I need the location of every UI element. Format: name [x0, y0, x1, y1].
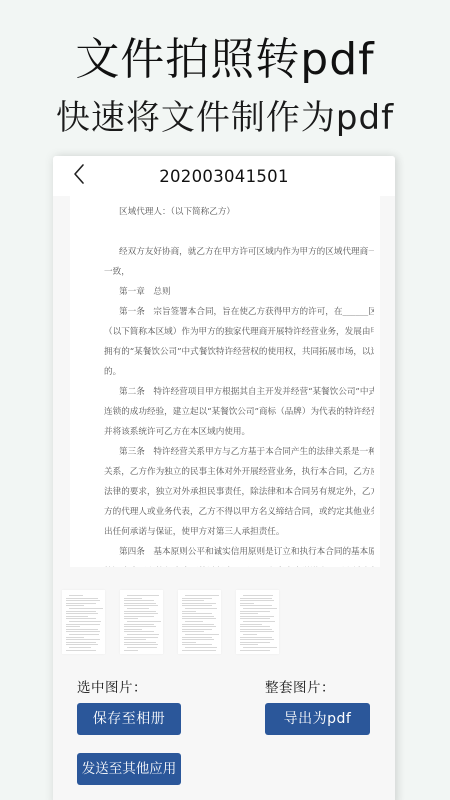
thumbnail-text-line: [124, 629, 142, 630]
thumbnail-text-line: [124, 618, 138, 619]
thumbnail-text-line: [182, 650, 216, 651]
document-line: 法律的要求，独立对外承担民事责任，除法律和本合同另有规定外，乙方不是甲: [104, 482, 374, 502]
thumbnail-text-line: [66, 626, 80, 627]
thumbnail-text-line: [66, 611, 96, 612]
document-line: 区域代理人：（以下简称乙方）: [104, 202, 374, 222]
thumbnail-text-line: [66, 642, 96, 643]
thumbnail-text-line: [240, 639, 274, 640]
thumbnail-text-line: [182, 603, 216, 604]
thumbnail-text-line: [124, 624, 154, 625]
thumbnail-text-line: [124, 631, 154, 632]
thumbnail-text-line: [69, 595, 83, 596]
thumbnail-text-line: [124, 639, 146, 640]
document-line: 签订本合同和执行本合同的过程中，甲乙双方应当自觉遵守公平和诚实信用原则，: [104, 562, 374, 567]
thumbnail-text-line: [66, 603, 96, 604]
thumbnail-text-line: [185, 634, 219, 635]
document-line: 一致，: [104, 262, 374, 282]
thumbnail-text-line: [127, 608, 149, 609]
thumbnail-text-line: [240, 605, 272, 606]
thumbnail-text-line: [240, 650, 270, 651]
thumbnail-text-line: [66, 629, 98, 630]
chevron-left-icon: [72, 163, 86, 189]
thumbnail-text-line: [182, 600, 204, 601]
thumbnail-text-line: [124, 637, 158, 638]
thumbnail-text-line: [69, 634, 99, 635]
thumbnail-text-line: [240, 618, 270, 619]
thumbnail-text-line: [240, 637, 272, 638]
thumbnail-text-line: [185, 647, 217, 648]
thumbnail-text-line: [66, 613, 98, 614]
thumbnail-text-line: [240, 626, 270, 627]
thumbnail-text-line: [185, 621, 203, 622]
thumbnail-text-line: [127, 621, 161, 622]
app-header: 202003041501: [53, 156, 395, 196]
selected-images-label: 选中图片：: [77, 676, 147, 696]
thumbnail-text-line: [243, 595, 273, 596]
thumbnail-text-line: [240, 603, 254, 604]
send-to-other-app-button[interactable]: 发送至其他应用: [77, 753, 181, 785]
document-line: 的。: [104, 362, 374, 382]
thumbnail-text-line: [240, 624, 262, 625]
thumbnail-text-line: [182, 613, 212, 614]
thumbnail-text-line: [182, 642, 196, 643]
document-line: [104, 222, 374, 242]
thumbnail-text-line: [240, 598, 272, 599]
thumbnail-text-line: [182, 616, 214, 617]
save-to-album-button[interactable]: 保存至相册: [77, 703, 181, 735]
document-line: 第三条 特许经营关系甲方与乙方基于本合同产生的法律关系是一种合作: [104, 442, 374, 462]
thumbnail-text-line: [182, 629, 212, 630]
thumbnail-text-line: [240, 644, 258, 645]
thumbnail-text-line: [66, 631, 100, 632]
thumbnail-text-line: [66, 624, 100, 625]
thumbnail-text-line: [69, 647, 91, 648]
document-line: 拥有的“某餐饮公司”中式餐饮特许经营权的使用权，共同拓展市场，以达双赢目: [104, 342, 374, 362]
document-line: 第二条 特许经营项目甲方根据其自主开发并经营“某餐饮公司”中式餐饮: [104, 382, 374, 402]
document-line: 并将该系统许可乙方在本区域内使用。: [104, 422, 374, 442]
thumbnail-text-line: [124, 644, 158, 645]
thumbnail-text-line: [66, 644, 98, 645]
thumbnail-text-line: [124, 611, 156, 612]
phone-screen: 202003041501 区域代理人：（以下简称乙方）经双方友好协商，就乙方在甲…: [53, 156, 395, 800]
thumbnail-text-line: [66, 637, 84, 638]
thumbnail-text-line: [66, 605, 84, 606]
document-line: 第一章 总则: [104, 282, 374, 302]
document-line: 方的代理人或业务代表，乙方不得以甲方名义缔结合同，或约定其他业务，或作: [104, 502, 374, 522]
thumbnail-text-line: [243, 634, 257, 635]
document-line: 第四条 基本原则公平和诚实信用原则是订立和执行本合同的基本原则，在: [104, 542, 374, 562]
document-line: 第一条 宗旨签署本合同，旨在使乙方获得甲方的许可，在______区域内: [104, 302, 374, 322]
document-line: 经双方友好协商，就乙方在甲方许可区域内作为甲方的区域代理商一事达成: [104, 242, 374, 262]
thumbnail-text-line: [127, 634, 159, 635]
thumbnail-text-line: [182, 624, 214, 625]
thumbnail-text-line: [240, 611, 270, 612]
thumbnail-text-line: [185, 608, 217, 609]
thumbnail-text-line: [182, 637, 212, 638]
document-text: 区域代理人：（以下简称乙方）经双方友好协商，就乙方在甲方许可区域内作为甲方的区域…: [104, 202, 374, 567]
thumbnail-page-1[interactable]: [62, 590, 105, 654]
thumbnail-text-line: [66, 598, 98, 599]
thumbnail-text-line: [240, 600, 274, 601]
thumbnail-page-2[interactable]: [120, 590, 163, 654]
thumbnail-text-line: [182, 639, 214, 640]
thumbnail-text-line: [182, 631, 204, 632]
promo-title: 文件拍照转pdf: [0, 32, 450, 88]
document-title: 202003041501: [53, 156, 395, 196]
thumbnail-text-line: [66, 650, 96, 651]
thumbnail-text-line: [124, 613, 158, 614]
all-images-label: 整套图片：: [265, 676, 335, 696]
thumbnail-text-line: [66, 639, 100, 640]
thumbnail-text-line: [240, 631, 274, 632]
thumbnail-text-line: [69, 621, 101, 622]
thumbnail-text-line: [240, 616, 274, 617]
thumbnail-text-line: [243, 608, 277, 609]
thumbnail-text-line: [240, 613, 258, 614]
thumbnail-text-line: [182, 598, 212, 599]
document-line: 出任何承诺与保证，使甲方对第三人承担责任。: [104, 522, 374, 542]
thumbnail-page-3[interactable]: [178, 590, 221, 654]
thumbnail-text-line: [243, 647, 277, 648]
thumbnail-text-line: [182, 626, 216, 627]
document-page-preview[interactable]: 区域代理人：（以下简称乙方）经双方友好协商，就乙方在甲方许可区域内作为甲方的区域…: [70, 196, 380, 567]
document-line: 关系，乙方作为独立的民事主体对外开展经营业务，执行本合同，乙方应当遵守: [104, 462, 374, 482]
document-line: 连锁的成功经验，建立起以“某餐饮公司”商标（品牌）为代表的特许经营系统，: [104, 402, 374, 422]
back-button[interactable]: [65, 162, 93, 190]
thumbnail-text-line: [124, 605, 158, 606]
thumbnail-text-line: [182, 644, 212, 645]
thumbnail-text-line: [66, 616, 88, 617]
thumbnail-text-line: [124, 650, 138, 651]
thumbnail-text-line: [127, 647, 157, 648]
thumbnail-text-line: [66, 618, 96, 619]
thumbnail-text-line: [124, 616, 154, 617]
thumbnail-text-line: [182, 611, 196, 612]
thumbnail-text-line: [182, 605, 212, 606]
thumbnail-text-line: [185, 595, 219, 596]
thumbnail-text-line: [124, 642, 156, 643]
thumbnail-text-line: [124, 598, 142, 599]
thumbnail-page-4[interactable]: [236, 590, 279, 654]
thumbnail-text-line: [124, 626, 156, 627]
export-pdf-button[interactable]: 导出为pdf: [265, 703, 370, 735]
thumbnail-text-line: [243, 621, 275, 622]
thumbnail-text-line: [127, 595, 159, 596]
thumbnail-text-line: [240, 629, 272, 630]
thumbnail-text-line: [124, 603, 156, 604]
thumbnail-text-line: [124, 600, 154, 601]
promo-subtitle: 快速将文件制作为pdf: [0, 96, 450, 140]
thumbnail-text-line: [69, 608, 103, 609]
thumbnail-text-line: [182, 618, 216, 619]
thumbnail-text-line: [66, 600, 100, 601]
thumbnail-text-line: [240, 642, 270, 643]
document-line: （以下简称本区域）作为甲方的独家代理商开展特许经营业务，发展由甲方独创: [104, 322, 374, 342]
thumbnail-strip: [62, 590, 392, 656]
